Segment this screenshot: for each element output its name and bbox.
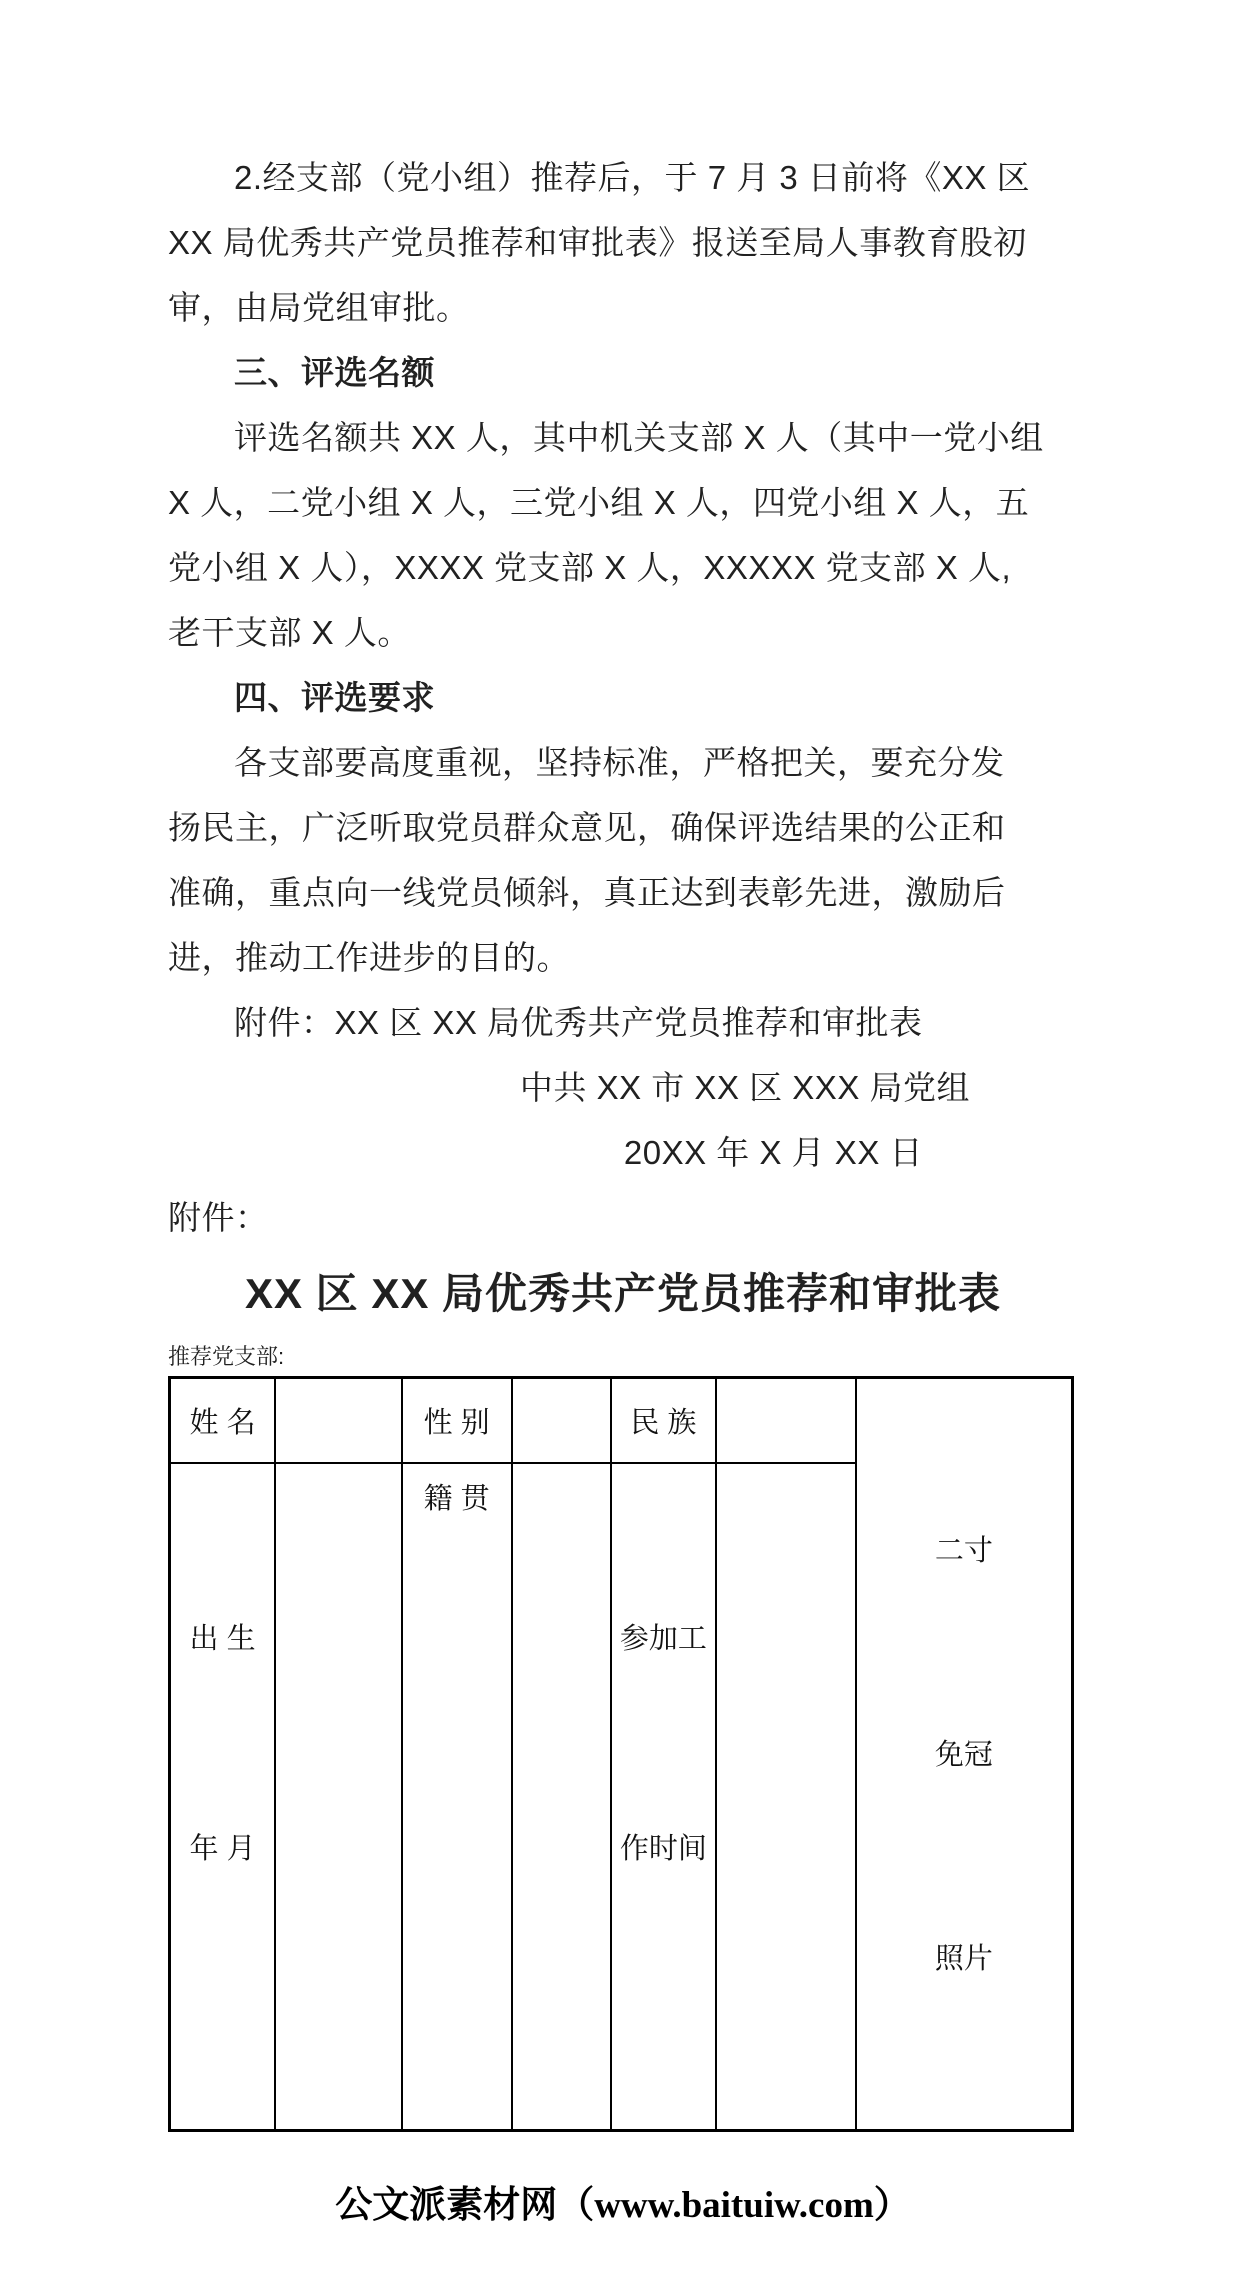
name-label-cell: 姓 名 bbox=[170, 1378, 276, 1463]
work-start-label-line-1: 参加工 bbox=[612, 1604, 715, 1674]
native-place-label-cell: 籍 贯 bbox=[402, 1463, 512, 2131]
signature-organization: 中共 XX 市 XX 区 XXX 局党组 bbox=[168, 1055, 1078, 1120]
paragraph-approval-line-2: XX 局优秀共产党员推荐和审批表》报送至局人事教育股初 bbox=[168, 210, 1078, 275]
paragraph-approval-line-3: 审，由局党组审批。 bbox=[168, 275, 1078, 340]
signature-date: 20XX 年 X 月 XX 日 bbox=[168, 1120, 1078, 1185]
paragraph-approval: 2.经支部（党小组）推荐后，于 7 月 3 日前将《XX 区 XX 局优秀共产党… bbox=[168, 145, 1078, 340]
paragraph-approval-line-1: 2.经支部（党小组）推荐后，于 7 月 3 日前将《XX 区 bbox=[168, 145, 1078, 210]
birthdate-label-cell: 出 生 年 月 bbox=[170, 1463, 276, 2131]
birthdate-label-line-1: 出 生 bbox=[171, 1604, 274, 1674]
recommending-branch-label: 推荐党支部: bbox=[168, 1342, 1078, 1372]
paragraph-requirements-line-3: 准确，重点向一线党员倾斜，真正达到表彰先进，激励后 bbox=[168, 860, 1078, 925]
table-row-1: 姓 名 性 别 民 族 二寸 免冠 照片 bbox=[170, 1378, 1073, 1463]
gender-value-cell bbox=[512, 1378, 611, 1463]
ethnicity-value-cell bbox=[716, 1378, 856, 1463]
recommendation-form-table: 姓 名 性 别 民 族 二寸 免冠 照片 出 生 年 月 籍 贯 bbox=[168, 1376, 1074, 2132]
paragraph-quota-line-1: 评选名额共 XX 人，其中机关支部 X 人（其中一党小组 bbox=[168, 405, 1078, 470]
work-start-value-cell bbox=[716, 1463, 856, 2131]
paragraph-requirements-line-2: 扬民主，广泛听取党员群众意见，确保评选结果的公正和 bbox=[168, 795, 1078, 860]
form-title: XX 区 XX 局优秀共产党员推荐和审批表 bbox=[168, 1264, 1078, 1324]
paragraph-requirements-line-4: 进，推动工作进步的目的。 bbox=[168, 925, 1078, 990]
section-heading-quota: 三、评选名额 bbox=[168, 340, 1078, 405]
birthdate-label-line-2: 年 月 bbox=[171, 1814, 274, 1884]
work-start-label-line-2: 作时间 bbox=[612, 1814, 715, 1884]
paragraph-quota: 评选名额共 XX 人，其中机关支部 X 人（其中一党小组 X 人，二党小组 X … bbox=[168, 405, 1078, 665]
native-place-value-cell bbox=[512, 1463, 611, 2131]
paragraph-quota-line-2: X 人，二党小组 X 人，三党小组 X 人，四党小组 X 人，五 bbox=[168, 470, 1078, 535]
work-start-label-cell: 参加工 作时间 bbox=[611, 1463, 716, 2131]
paragraph-quota-line-3: 党小组 X 人），XXXX 党支部 X 人，XXXXX 党支部 X 人, bbox=[168, 535, 1078, 600]
paragraph-requirements-line-1: 各支部要高度重视，坚持标准，严格把关，要充分发 bbox=[168, 730, 1078, 795]
signature-block: 中共 XX 市 XX 区 XXX 局党组 20XX 年 X 月 XX 日 bbox=[168, 1055, 1078, 1185]
footer-watermark: 公文派素材网（www.baituiw.com） bbox=[168, 2182, 1078, 2230]
paragraph-quota-line-4: 老干支部 X 人。 bbox=[168, 600, 1078, 665]
photo-cell-line-2: 免冠 bbox=[857, 1721, 1071, 1789]
photo-cell-line-3: 照片 bbox=[857, 1925, 1071, 1993]
section-heading-requirements: 四、评选要求 bbox=[168, 665, 1078, 730]
paragraph-requirements: 各支部要高度重视，坚持标准，严格把关，要充分发 扬民主，广泛听取党员群众意见，确… bbox=[168, 730, 1078, 990]
attachment-label: 附件： bbox=[168, 1185, 1078, 1250]
photo-cell: 二寸 免冠 照片 bbox=[856, 1378, 1073, 2131]
photo-cell-line-1: 二寸 bbox=[857, 1517, 1071, 1585]
document-page: 2.经支部（党小组）推荐后，于 7 月 3 日前将《XX 区 XX 局优秀共产党… bbox=[0, 0, 1240, 2270]
ethnicity-label-cell: 民 族 bbox=[611, 1378, 716, 1463]
attachment-reference: 附件：XX 区 XX 局优秀共产党员推荐和审批表 bbox=[168, 990, 1078, 1055]
gender-label-cell: 性 别 bbox=[402, 1378, 512, 1463]
birthdate-value-cell bbox=[275, 1463, 401, 2131]
name-value-cell bbox=[275, 1378, 401, 1463]
